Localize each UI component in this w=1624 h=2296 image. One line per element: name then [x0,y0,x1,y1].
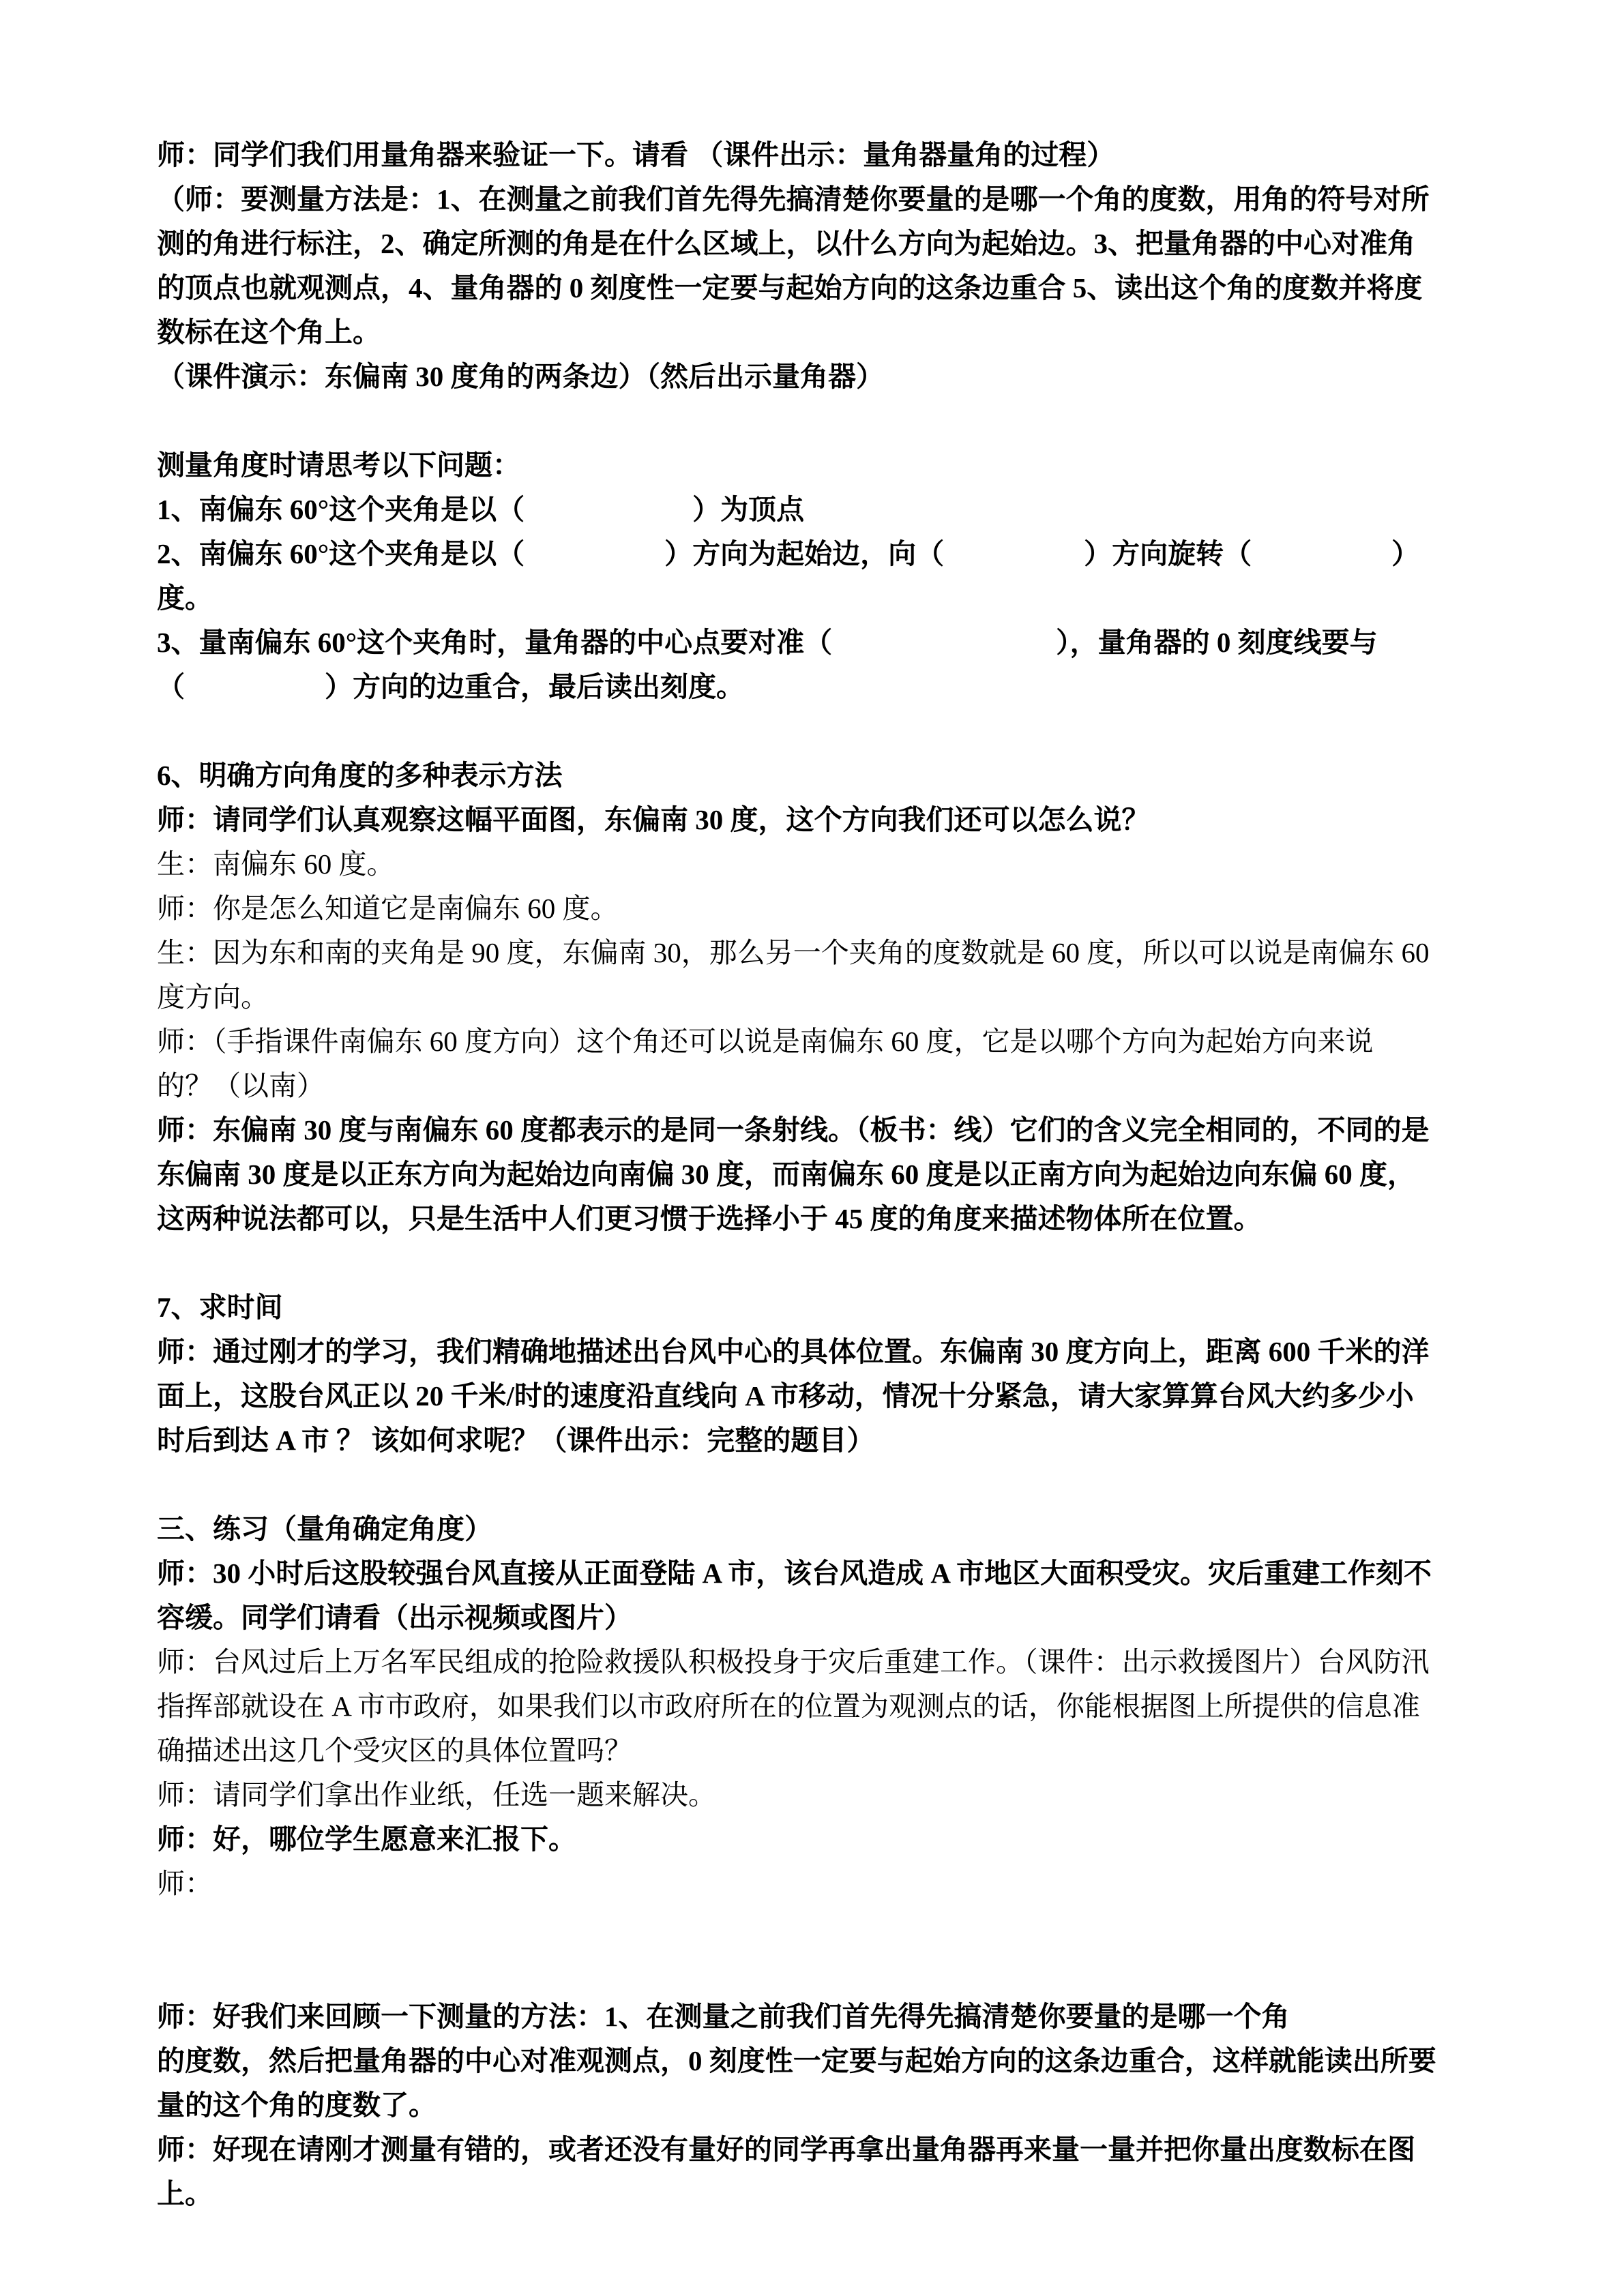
paragraph-question-2: 2、南偏东 60°这个夹角是以（ ）方向为起始边，向（ ）方向旋转（ ） 度。 [157,532,1515,621]
paragraph-question-3: 3、量南偏东 60°这个夹角时，量角器的中心点要对准（ ），量角器的 0 刻度线… [157,621,1515,709]
paragraph-teacher-point-courseware: 师：（手指课件南偏东 60 度方向）这个角还可以说是南偏东 60 度，它是以哪个… [157,1019,1515,1108]
blank-line [157,1906,1515,1950]
blank-line [157,709,1515,754]
paragraph-teacher-typhoon-time: 师：通过刚才的学习，我们精确地描述出台风中心的具体位置。东偏南 30 度方向上，… [157,1330,1515,1463]
paragraph-teacher-observe-plan: 师：请同学们认真观察这幅平面图，东偏南 30 度，这个方向我们还可以怎么说？ [157,798,1515,842]
paragraph-think-questions-title: 测量角度时请思考以下问题： [157,443,1515,488]
paragraph-question-1: 1、南偏东 60°这个夹角是以（ ）为顶点 [157,488,1515,532]
paragraph-teacher-typhoon-landfall: 师：30 小时后这股较强台风直接从正面登陆 A 市，该台风造成 A 市地区大面积… [157,1551,1515,1640]
paragraph-student-answer-60: 生：南偏东 60 度。 [157,842,1515,886]
blank-line [157,1950,1515,1995]
paragraph-teacher-remeasure: 师：好现在请刚才测量有错的，或者还没有量好的同学再拿出量角器再来量一量并把你量出… [157,2128,1515,2216]
blank-line [157,1241,1515,1285]
paragraph-teacher-how-know: 师：你是怎么知道它是南偏东 60 度。 [157,886,1515,931]
document-page: 师：同学们我们用量角器来验证一下。请看 （课件出示：量角器量角的过程） （师：要… [0,0,1624,2296]
paragraph-section-7-title: 7、求时间 [157,1285,1515,1330]
paragraph-measuring-method-steps: （师：要测量方法是：1、在测量之前我们首先得先搞清楚你要量的是哪一个角的度数，用… [157,177,1515,355]
paragraph-teacher-who-report: 师：好，哪位学生愿意来汇报下。 [157,1817,1515,1862]
paragraph-section-6-title: 6、明确方向角度的多种表示方法 [157,754,1515,798]
paragraph-teacher-protractor-verify: 师：同学们我们用量角器来验证一下。请看 （课件出示：量角器量角的过程） [157,133,1515,177]
paragraph-courseware-demo-note: （课件演示：东偏南 30 度角的两条边）（然后出示量角器） [157,355,1515,399]
paragraph-teacher-rescue-teams: 师：台风过后上万名军民组成的抢险救援队积极投身于灾后重建工作。（课件：出示救援图… [157,1640,1515,1773]
paragraph-teacher-empty: 师： [157,1862,1515,1906]
paragraph-teacher-same-ray: 师：东偏南 30 度与南偏东 60 度都表示的是同一条射线。（板书：线）它们的含… [157,1108,1515,1241]
paragraph-section-3-practice-title: 三、练习（量角确定角度） [157,1507,1515,1551]
paragraph-student-explain-90: 生：因为东和南的夹角是 90 度，东偏南 30，那么另一个夹角的度数就是 60 … [157,931,1515,1019]
paragraph-teacher-take-worksheet: 师：请同学们拿出作业纸，任选一题来解决。 [157,1773,1515,1817]
blank-line [157,1463,1515,1507]
blank-line [157,399,1515,443]
paragraph-teacher-review-method: 师：好我们来回顾一下测量的方法：1、在测量之前我们首先得先搞清楚你要量的是哪一个… [157,1995,1515,2128]
